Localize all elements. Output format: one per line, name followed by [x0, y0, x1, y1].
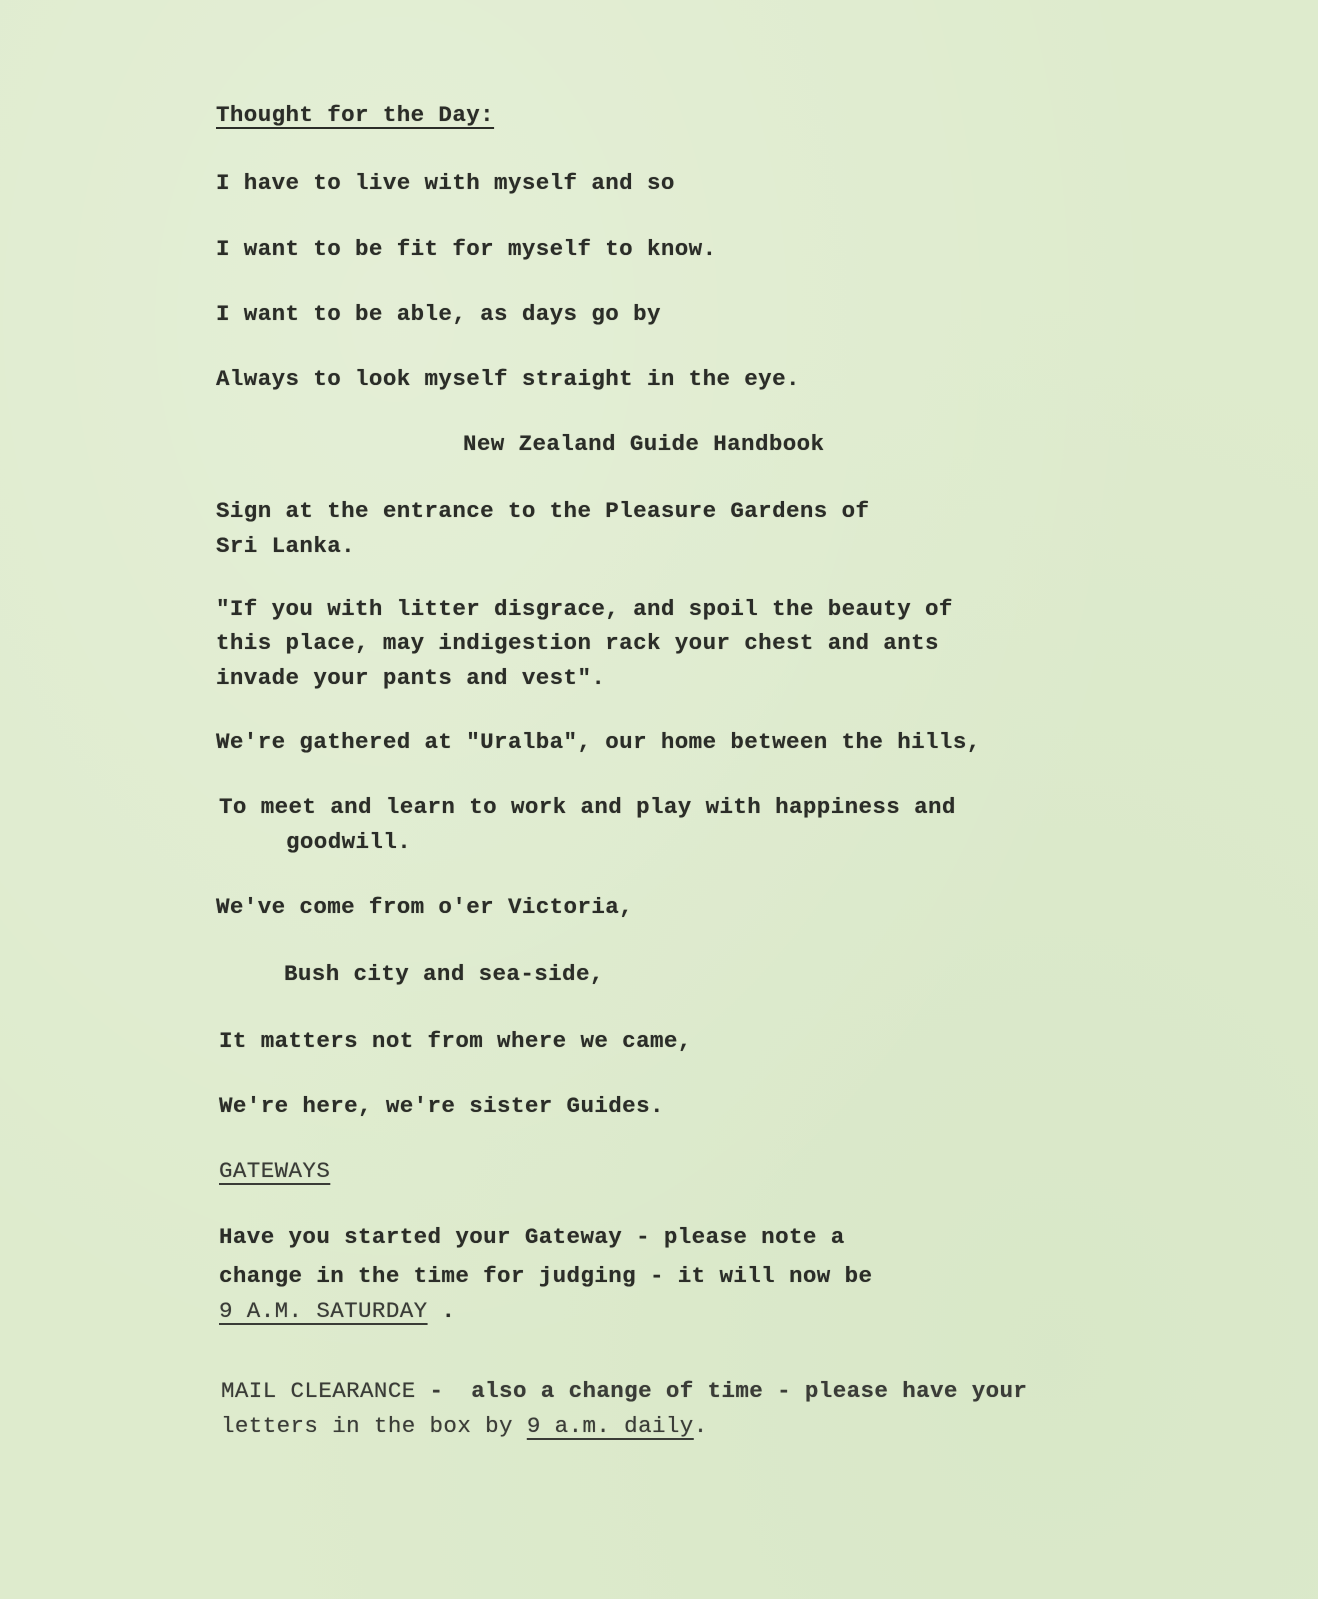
paper-sheet: Thought for the Day: I have to live with… [0, 0, 1318, 1599]
sign-quote-line-3: invade your pants and vest". [216, 667, 605, 690]
poem-line-4: Always to look myself straight in the ey… [216, 368, 800, 391]
gateways-time: 9 A.M. SATURDAY [219, 1298, 428, 1324]
song-line-2: To meet and learn to work and play with … [219, 796, 956, 819]
song-line-7: We're here, we're sister Guides. [219, 1095, 664, 1118]
mail-line-2-suffix: . [694, 1413, 708, 1439]
song-line-4: We've come from o'er Victoria, [216, 896, 633, 919]
song-line-3: goodwill. [286, 831, 411, 854]
poem-line-2: I want to be fit for myself to know. [216, 238, 716, 261]
poem-line-1: I have to live with myself and so [216, 172, 675, 195]
poem-line-3: I want to be able, as days go by [216, 303, 661, 326]
attribution: New Zealand Guide Handbook [463, 433, 824, 456]
gateways-heading: GATEWAYS [219, 1160, 330, 1183]
sign-intro-line-2: Sri Lanka. [216, 535, 355, 558]
mail-line-2: letters in the box by 9 a.m. daily. [221, 1415, 708, 1438]
sign-quote-line-1: "If you with litter disgrace, and spoil … [216, 598, 953, 621]
song-line-1: We're gathered at "Uralba", our home bet… [216, 731, 981, 754]
gateways-time-line: 9 A.M. SATURDAY . [219, 1300, 455, 1323]
mail-line-1-rest: - also a change of time - please have yo… [416, 1378, 1028, 1404]
mail-label: MAIL CLEARANCE [221, 1378, 416, 1404]
sign-intro-line-1: Sign at the entrance to the Pleasure Gar… [216, 500, 869, 523]
song-line-5: Bush city and sea-side, [284, 963, 604, 986]
song-line-6: It matters not from where we came, [219, 1030, 692, 1053]
thought-heading: Thought for the Day: [216, 104, 494, 127]
sign-quote-line-2: this place, may indigestion rack your ch… [216, 632, 939, 655]
gateways-time-suffix: . [428, 1298, 456, 1324]
mail-line-1: MAIL CLEARANCE - also a change of time -… [221, 1380, 1027, 1403]
mail-time: 9 a.m. daily [527, 1413, 694, 1439]
gateways-line-2: change in the time for judging - it will… [219, 1265, 872, 1288]
gateways-line-1: Have you started your Gateway - please n… [219, 1226, 845, 1249]
mail-line-2-prefix: letters in the box by [221, 1413, 527, 1439]
